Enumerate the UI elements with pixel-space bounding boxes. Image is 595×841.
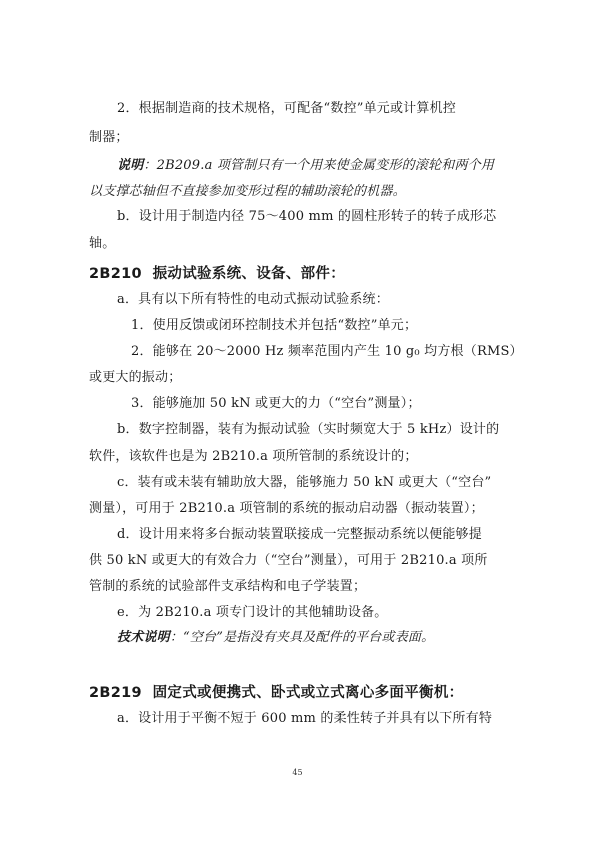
note-line: 说明：2B209.a 项管制只有一个用来使金属变形的滚轮和两个用 (117, 158, 537, 174)
list-item: b．数字控制器，装有为振动试验（实时频宽大于 5 kHz）设计的 (117, 422, 537, 438)
list-item: 或更大的振动； (89, 370, 509, 386)
section-title: 固定式或便携式、卧式或立式离心多面平衡机： (153, 685, 464, 701)
tech-note-label: 技术说明 (117, 630, 170, 645)
list-item: a．设计用于平衡不短于 600 mm 的柔性转子并具有以下所有特 (117, 711, 537, 727)
section-title: 振动试验系统、设备、部件： (153, 266, 345, 282)
paragraph-line: b．设计用于制造内径 75～400 mm 的圆柱形转子的转子成形芯 (117, 209, 537, 225)
section-code: 2B210 (89, 266, 142, 282)
note-label: 说明 (117, 158, 143, 173)
list-item: d．设计用来将多台振动装置联接成一完整振动系统以便能够提 (117, 527, 537, 543)
list-item: c．装有或未装有辅助放大器，能够施力 50 kN 或更大（“空台” (117, 475, 537, 491)
note-text: ：2B209.a 项管制只有一个用来使金属变形的滚轮和两个用 (143, 158, 494, 173)
list-item: 1．使用反馈或闭环控制技术并包括“数控”单元； (131, 318, 551, 334)
list-item: 供 50 kN 或更大的有效合力（“空台”测量），可用于 2B210.a 项所 (89, 553, 509, 569)
list-item: 2．能够在 20～2000 Hz 频率范围内产生 10 g₀ 均方根（RMS） (131, 344, 551, 360)
section-heading-2b210: 2B210 振动试验系统、设备、部件： (89, 266, 509, 282)
page-number: 45 (0, 768, 595, 777)
note-line: 以支撑芯轴但不直接参加变形过程的辅助滚轮的机器。 (89, 184, 509, 200)
tech-note-text: ：“空台”是指没有夹具及配件的平台或表面。 (170, 630, 435, 645)
list-item: a．具有以下所有特性的电动式振动试验系统： (117, 292, 537, 308)
section-heading-2b219: 2B219 固定式或便携式、卧式或立式离心多面平衡机： (89, 685, 509, 701)
tech-note: 技术说明：“空台”是指没有夹具及配件的平台或表面。 (117, 630, 537, 646)
paragraph-line: 2．根据制造商的技术规格，可配备“数控”单元或计算机控 (117, 101, 537, 117)
section-code: 2B219 (89, 685, 142, 701)
list-item: 管制的系统的试验部件支承结构和电子学装置； (89, 579, 509, 595)
list-item: 3．能够施加 50 kN 或更大的力（“空台”测量）； (131, 396, 551, 412)
list-item: e．为 2B210.a 项专门设计的其他辅助设备。 (117, 605, 537, 621)
paragraph-line: 制器； (89, 130, 509, 146)
list-item: 软件，该软件也是为 2B210.a 项所管制的系统设计的； (89, 449, 509, 465)
list-item: 测量），可用于 2B210.a 项管制的系统的振动启动器（振动装置）； (89, 501, 509, 517)
paragraph-line: 轴。 (89, 236, 509, 252)
